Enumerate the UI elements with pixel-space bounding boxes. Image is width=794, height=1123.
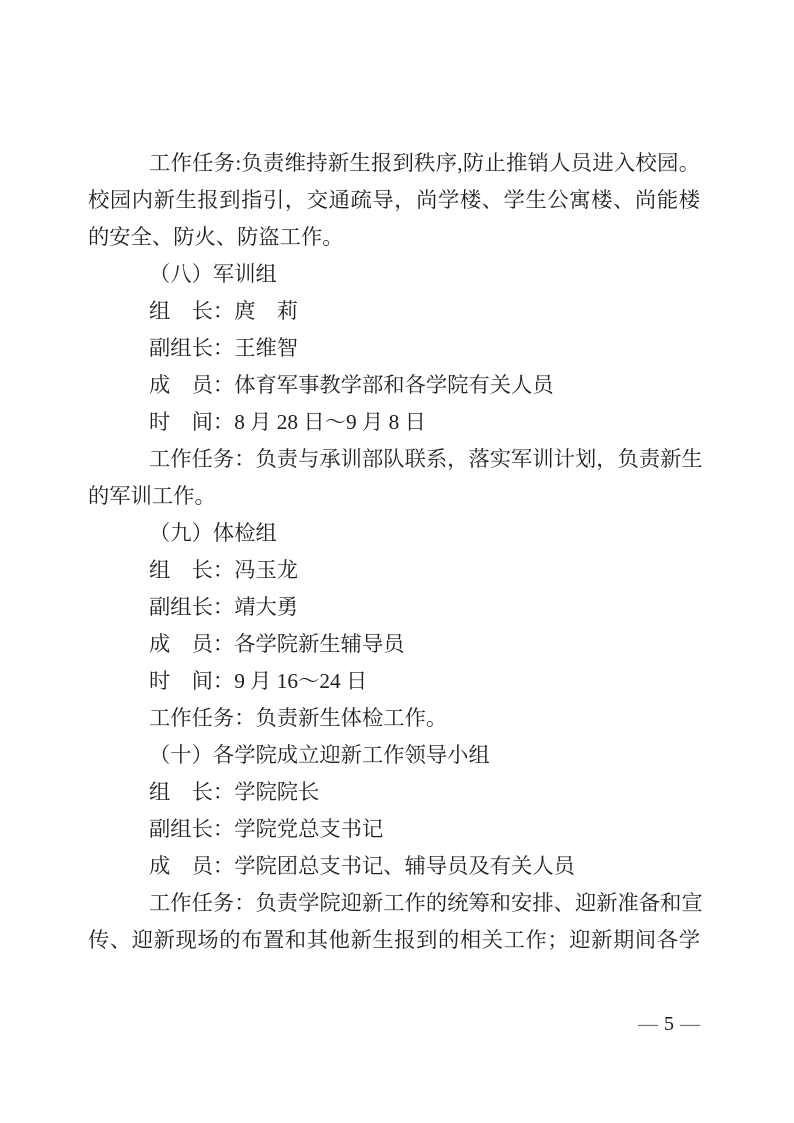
text-line: 成 员：各学院新生辅导员 — [88, 626, 700, 663]
text-line: 的安全、防火、防盗工作。 — [88, 219, 700, 256]
section-heading: （八）军训组 — [88, 256, 700, 293]
document-page: 工作任务:负责维持新生报到秩序,防止推销人员进入校园。 校园内新生报到指引，交通… — [0, 0, 794, 1123]
text-line: 工作任务：负责与承训部队联系，落实军训计划，负责新生 — [88, 441, 700, 478]
text-line: 工作任务：负责学院迎新工作的统筹和安排、迎新准备和宣 — [88, 885, 700, 922]
text-line: 成 员：学院团总支书记、辅导员及有关人员 — [88, 848, 700, 885]
page-number-value: 5 — [664, 1013, 674, 1036]
text-line: 副组长：学院党总支书记 — [88, 811, 700, 848]
page-number-dash-right: — — [680, 1015, 700, 1033]
text-line: 工作任务：负责新生体检工作。 — [88, 700, 700, 737]
section-heading: （九）体检组 — [88, 515, 700, 552]
text-line: 的军训工作。 — [88, 478, 700, 515]
text-line: 副组长：靖大勇 — [88, 589, 700, 626]
text-line: 时 间：8 月 28 日～9 月 8 日 — [88, 404, 700, 441]
section-heading: （十）各学院成立迎新工作领导小组 — [88, 737, 700, 774]
text-line: 传、迎新现场的布置和其他新生报到的相关工作；迎新期间各学 — [88, 922, 700, 959]
text-line: 副组长：王维智 — [88, 330, 700, 367]
text-line: 时 间：9 月 16～24 日 — [88, 663, 700, 700]
page-number: — 5 — — [638, 1011, 700, 1037]
text-line: 组 长：庹 莉 — [88, 293, 700, 330]
document-body: 工作任务:负责维持新生报到秩序,防止推销人员进入校园。 校园内新生报到指引，交通… — [88, 145, 700, 959]
page-number-dash-left: — — [638, 1015, 658, 1033]
text-line: 组 长：学院院长 — [88, 774, 700, 811]
text-line: 工作任务:负责维持新生报到秩序,防止推销人员进入校园。 — [88, 145, 700, 182]
text-line: 校园内新生报到指引，交通疏导，尚学楼、学生公寓楼、尚能楼 — [88, 182, 700, 219]
text-line: 组 长：冯玉龙 — [88, 552, 700, 589]
text-line: 成 员：体育军事教学部和各学院有关人员 — [88, 367, 700, 404]
